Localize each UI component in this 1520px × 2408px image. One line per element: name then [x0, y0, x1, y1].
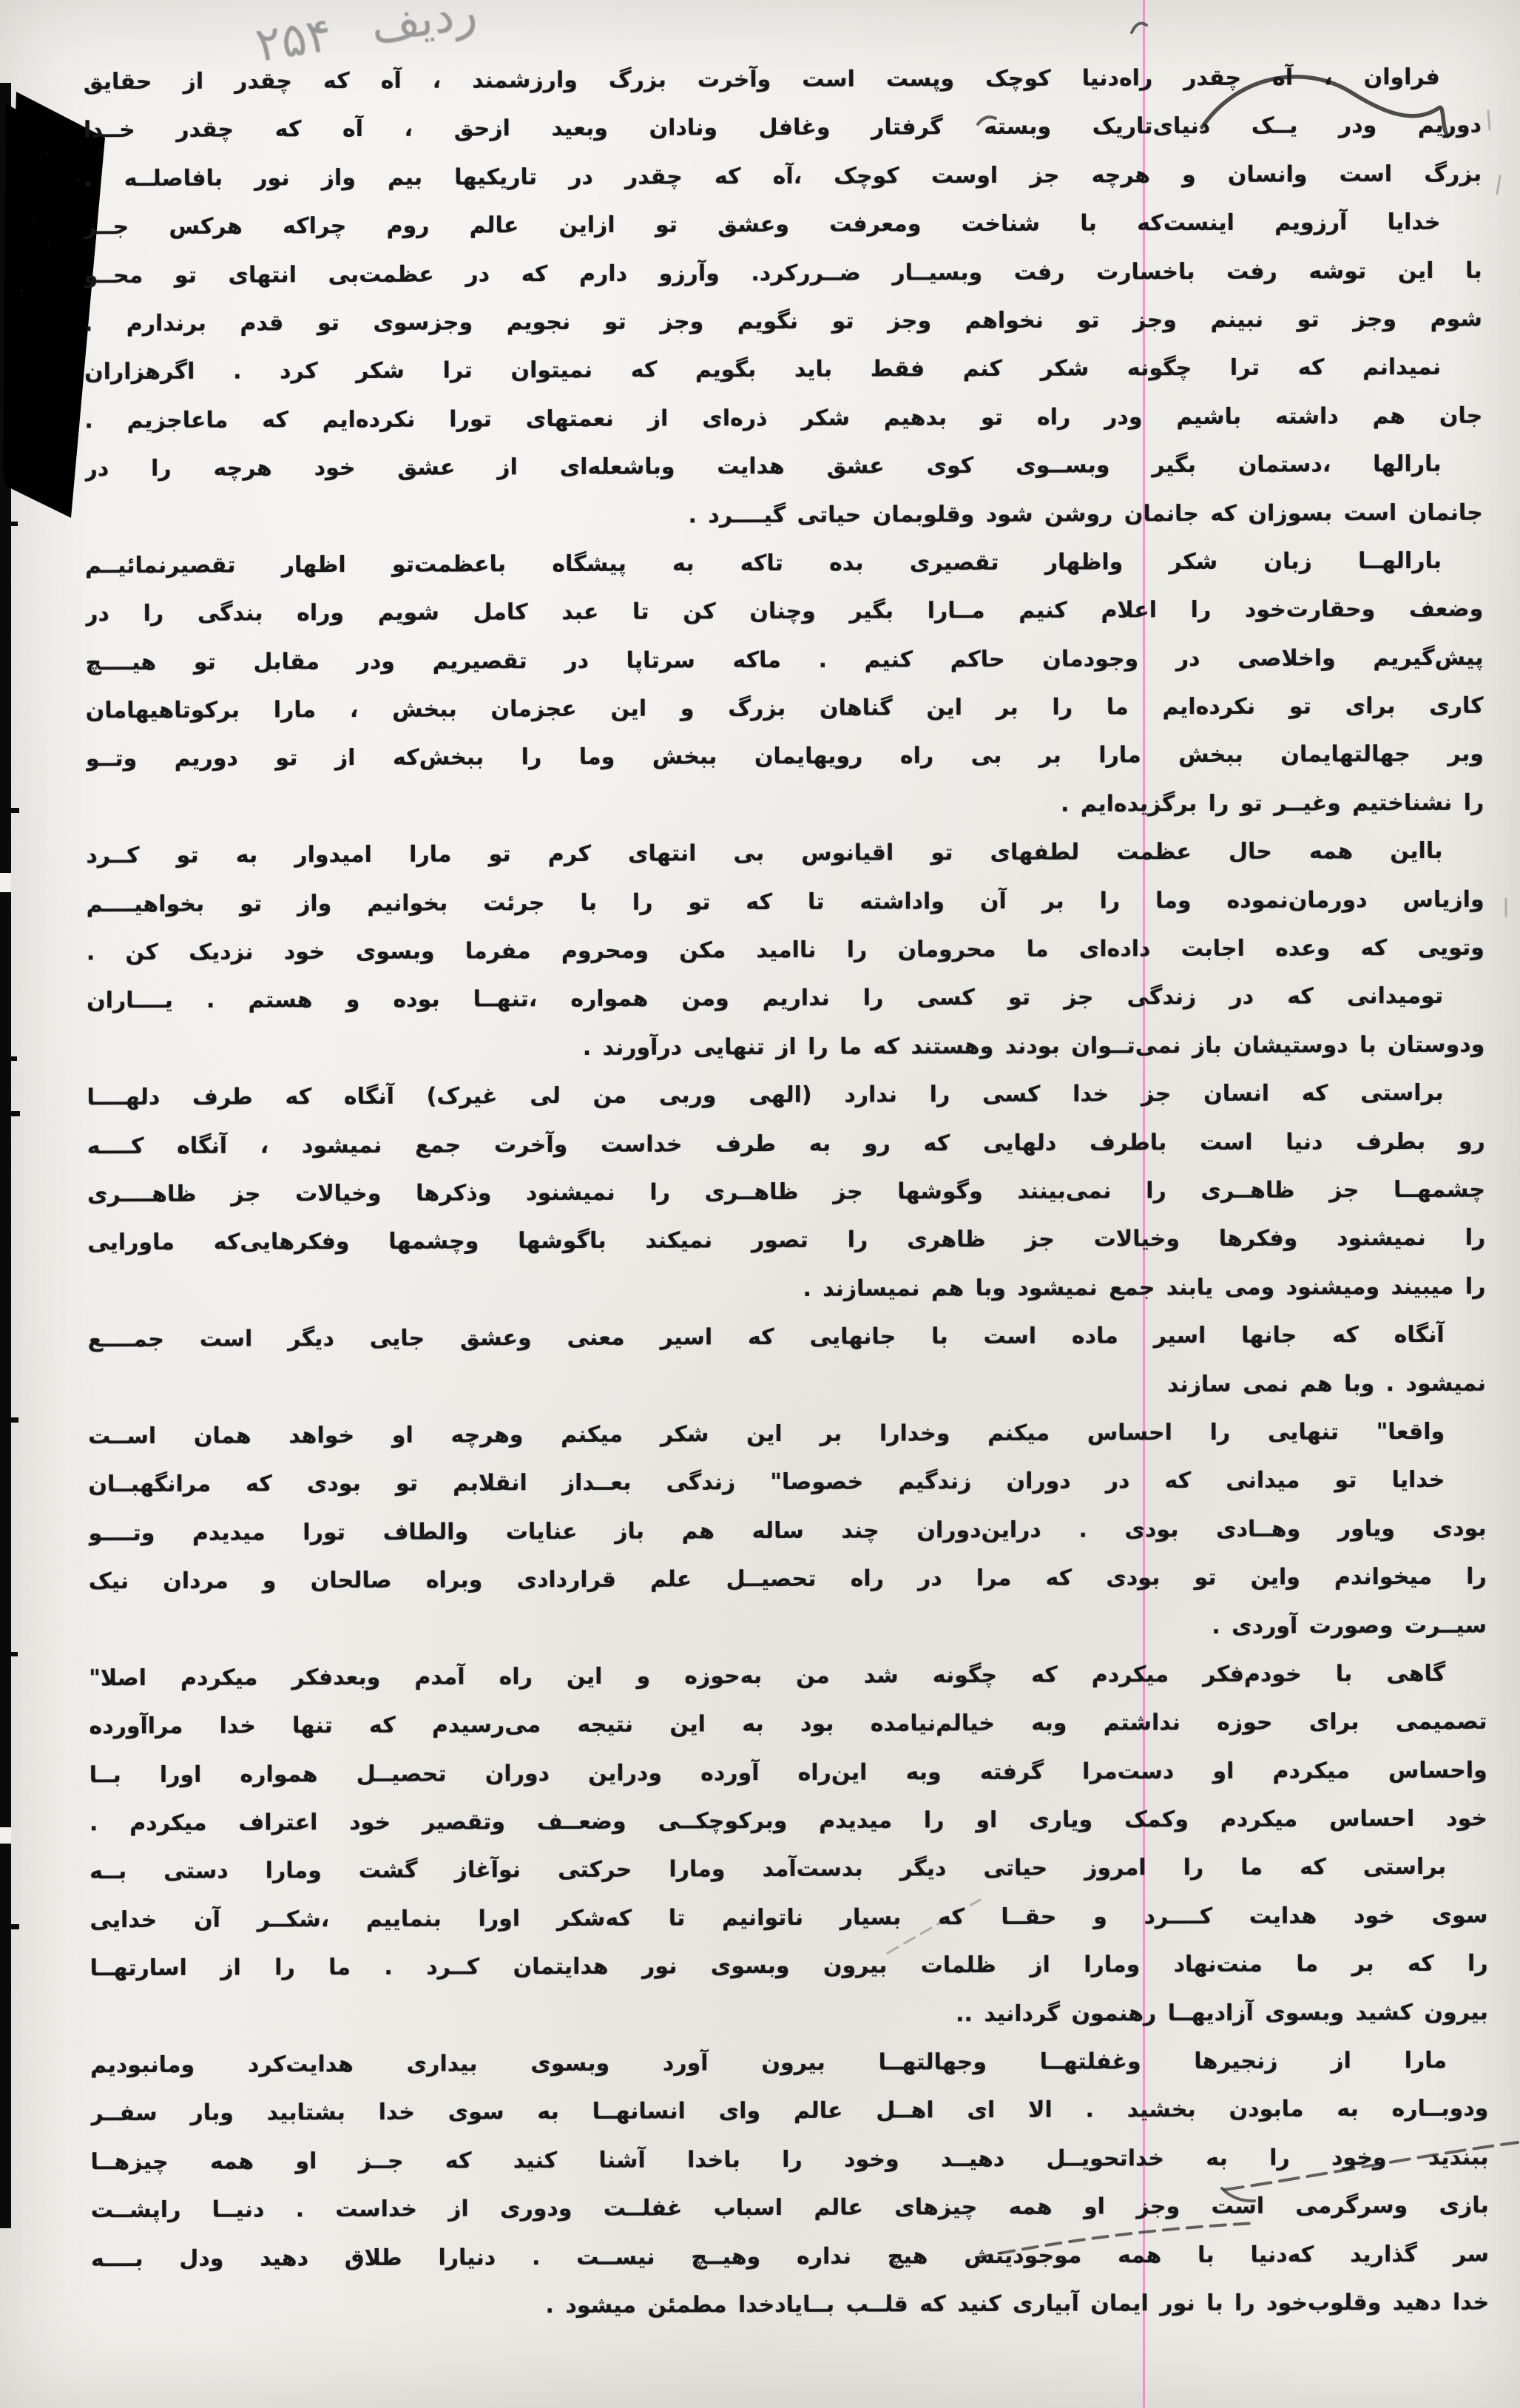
text-line: بودی ویاور وهــادی بودی . دراین‌دوران چن…: [88, 1504, 1486, 1557]
text-line: بارالهــا زبان شکر واظهار تقصیری بده تاک…: [85, 537, 1483, 590]
text-line: نمیشود . وبا هم نمی سازند: [88, 1359, 1486, 1412]
text-body: فراوان ، آه چقدر راه‌دنیا کوچک وپست است …: [84, 53, 1490, 2332]
text-line: را که بر ما منت‌نهاد ومارا از ظلمات بیرو…: [90, 1940, 1488, 1993]
text-line: بااین همه حال عظمت لطفهای تو اقیانوس بی …: [86, 827, 1484, 880]
text-line: شوم وجز تو نبینم وجز تو نخواهم وجز تو نگ…: [84, 295, 1482, 348]
text-line: براستی که ما را امروز حیاتی دیگر بدست‌آم…: [89, 1843, 1487, 1896]
scan-edge-dash: [0, 1924, 19, 1929]
text-line: سر گذارید که‌دنیا با همه موجودیتش هیچ ند…: [91, 2230, 1489, 2283]
text-line: بزرگ است وانسان و هرچه جز اوست کوچک ،آه …: [84, 149, 1482, 203]
text-line: بازی وسرگرمی است وجز او همه چیزهای عالم …: [91, 2182, 1489, 2235]
text-line: تصمیمی برای حوزه نداشتم وبه خیالم‌نیامده…: [89, 1698, 1487, 1751]
text-line: نمیدانم که ترا چگونه شکر کنم فقط باید بگ…: [84, 343, 1482, 397]
scan-edge-dash: [0, 1417, 18, 1423]
text-line: را نشناختیم وغیــر تو را برگزیده‌ایم .: [86, 779, 1484, 832]
text-line: تومیدانی که در زندگی جز تو کسی را نداریم…: [87, 972, 1484, 1025]
text-line: سیــرت وصورت آوردی .: [89, 1601, 1487, 1654]
scanned-document-page: ردیف ۲۵۴ فراوان ، آه چقدر راه‌دنیا کوچک …: [0, 0, 1520, 2408]
text-line: گاهی با خودم‌فکر میکردم که چگونه شد من ب…: [89, 1650, 1487, 1703]
text-line: سوی خود هدایت کــــرد و حقــا که بسیار ن…: [89, 1892, 1487, 1945]
text-line: وبر جهالتهایمان ببخش مارا بر بی راه رویه…: [86, 730, 1484, 783]
text-line: وضعف وحقارت‌خود را اعلام کنیم مــارا بگی…: [85, 585, 1483, 638]
text-line: مارا از زنجیرها وغفلتهــا وجهالتهــا بیر…: [90, 2037, 1488, 2090]
text-line: وازیاس دورمان‌نموده وما را بر آن واداشته…: [87, 875, 1484, 928]
text-line: بارالها ،دستمان بگیر وبســوی کوی عشق هدا…: [84, 440, 1482, 493]
scan-edge-dash: [0, 808, 19, 813]
scan-edge-dash: [0, 522, 18, 526]
text-line: خود احساس میکردم وکمک ویاری او را میدیدم…: [89, 1795, 1487, 1848]
text-line: براستی که انسان جز خدا کسی را ندارد (اله…: [87, 1069, 1484, 1122]
text-line: فراوان ، آه چقدر راه‌دنیا کوچک وپست است …: [84, 53, 1482, 107]
edge-tick-icon: [1488, 111, 1506, 916]
text-line: آنگاه که جانها اسیر ماده است با جانهایی …: [88, 1311, 1486, 1364]
text-line: ودوستان با دوستیشان باز نمی‌تــوان بودند…: [87, 1021, 1484, 1074]
text-line: با این توشه رفت باخسارت رفت وبسیــار ضــ…: [84, 246, 1482, 300]
text-line: خدا دهید وقلوب‌خود را با نور ایمان آبیار…: [91, 2279, 1489, 2332]
text-line: خدایا آرزویم اینست‌که با شناخت ومعرفت وع…: [84, 198, 1482, 252]
text-line: رو بطرف دنیا است باطرف دلهایی که رو به ط…: [87, 1117, 1485, 1170]
text-line: چشمهــا جز ظاهــری را نمی‌بینند وگوشها ج…: [87, 1166, 1485, 1219]
text-line: را نمیشنود وفکرها وخیالات جز ظاهری را تص…: [87, 1214, 1485, 1267]
text-line: ودوبــاره به مابودن بخشید . الا ای اهــل…: [90, 2085, 1488, 2138]
text-line: جان هم داشته باشیم ودر راه تو بدهیم شکر …: [84, 391, 1482, 445]
scan-edge-dash: [0, 317, 16, 324]
scan-edge-dash: [0, 1111, 20, 1116]
scan-edge-dash: [0, 473, 21, 479]
scan-edge-dash: [0, 1056, 17, 1061]
scan-edge-notch: [0, 873, 11, 892]
text-line: جانمان است بسوزان که جانمان روشن شود وقل…: [85, 488, 1483, 542]
text-line: ببندید وخود را به خداتحویــل دهیــد وخود…: [90, 2133, 1488, 2186]
text-line: کاری برای تو نکرده‌ایم ما را بر این گناه…: [86, 682, 1484, 735]
text-line: واقعا" تنهایی را احساس میکنم وخدارا بر ا…: [88, 1408, 1486, 1461]
text-line: وتویی که وعده اجابت داده‌ای ما محرومان ر…: [87, 924, 1484, 977]
scan-edge-notch: [0, 1827, 11, 1844]
scan-edge-bar: [0, 83, 11, 2228]
text-line: را میبیند ومیشنود ومی یابند جمع نمیشود و…: [87, 1262, 1485, 1315]
text-line: دوریم ودر یــک دنیای‌تاریک وبسته گرفتار …: [84, 101, 1482, 155]
text-line: واحساس میکردم او دست‌مرا گرفته وبه این‌ر…: [89, 1746, 1487, 1799]
text-line: را میخواندم واین تو بودی که مرا در راه ت…: [89, 1553, 1487, 1606]
text-line: خدایا تو میدانی که در دوران زندگیم خصوصا…: [88, 1456, 1486, 1509]
text-line: پیش‌گیریم واخلاصی در وجودمان حاکم کنیم .…: [85, 633, 1483, 687]
scan-edge-dash: [0, 1652, 18, 1656]
text-line: بیرون کشید وبسوی آزادیهــا رهنمون گردانی…: [90, 1988, 1488, 2041]
